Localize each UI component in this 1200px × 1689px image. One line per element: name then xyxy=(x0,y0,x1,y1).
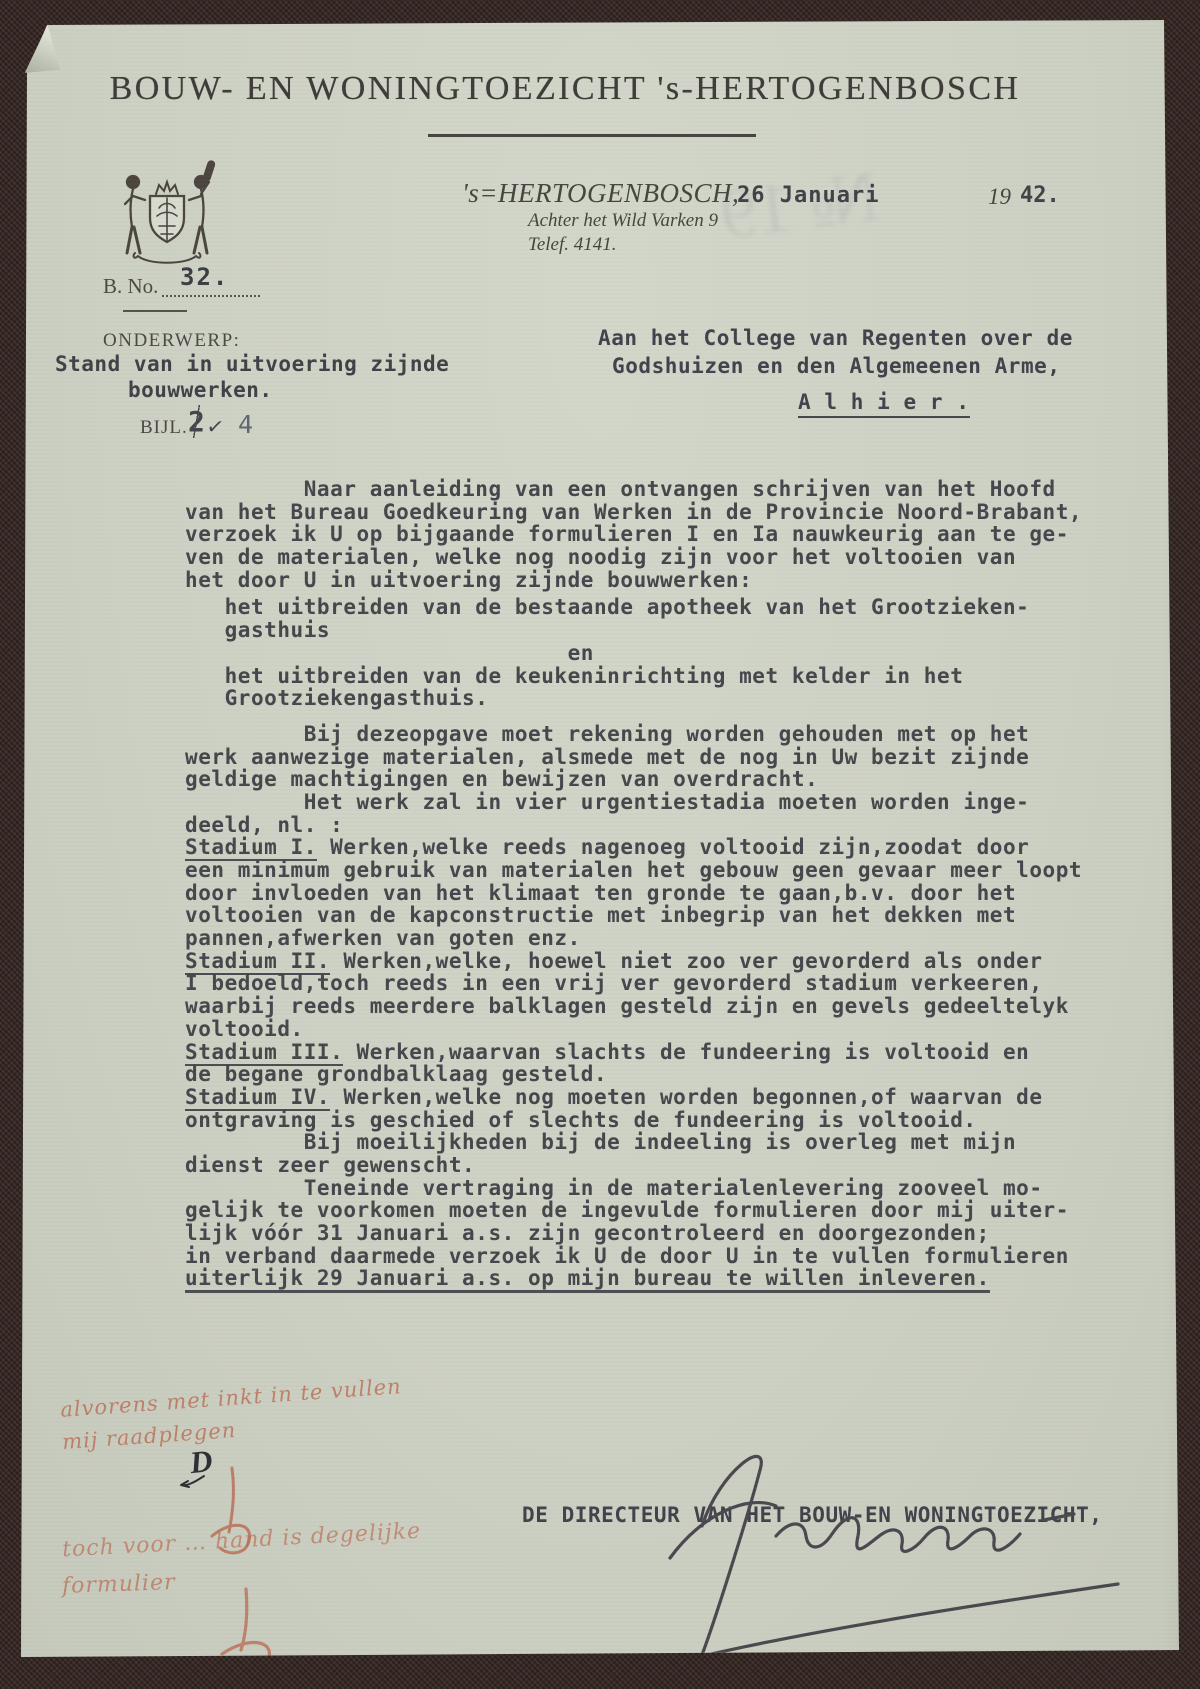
body-line: Stadium I. Werken,welke reeds nagenoeg v… xyxy=(185,836,1100,859)
body-line: pannen,afwerken van goten enz. xyxy=(185,927,1100,950)
body-line: Grootziekengasthuis. xyxy=(185,687,1100,710)
body-line: Bij moeilijkheden bij de indeeling is ov… xyxy=(185,1131,1100,1154)
dateline-year-printed: 19 xyxy=(988,184,1011,210)
letterhead-rule xyxy=(428,134,756,137)
body-line: Stadium III. Werken,waarvan slachts de f… xyxy=(185,1041,1100,1064)
body-line: gelijk te voorkomen moeten de ingevulde … xyxy=(185,1199,1100,1222)
recipient-city: A l h i e r . xyxy=(798,390,970,418)
body-line: dienst zeer gewenscht. xyxy=(185,1154,1100,1177)
signature-handwritten xyxy=(552,1408,1192,1683)
dateline-place: 's=HERTOGENBOSCH, xyxy=(462,178,739,209)
body-line: lijk vóór 31 Januari a.s. zijn gecontrol… xyxy=(185,1222,1100,1245)
paraph-mark xyxy=(208,1584,308,1689)
recipient-line2: Godshuizen en den Algemeenen Arme, xyxy=(612,354,1061,378)
red-annotation-line: formulier xyxy=(62,1570,176,1599)
dateline-date: 26 Januari xyxy=(737,183,879,208)
body-line: deeld, nl. : xyxy=(185,814,1100,837)
letterhead-title: BOUW- EN WONINGTOEZICHT 's-HERTOGENBOSCH xyxy=(60,70,1070,108)
body-line: verzoek ik U op bijgaande formulieren I … xyxy=(185,523,1100,546)
letterhead-phone: Telef. 4141. xyxy=(528,234,617,256)
paper-sheet: № 19 BOUW- EN WONINGTOEZICHT 's-HERTOGEN… xyxy=(0,0,1200,1689)
letterhead-address: Achter het Wild Varken 9 xyxy=(528,210,718,232)
recipient-line1: Aan het College van Regenten over de xyxy=(598,326,1073,350)
body-line: Teneinde vertraging in de materialenleve… xyxy=(185,1177,1100,1200)
coat-of-arms-icon xyxy=(112,156,222,272)
body-line: en xyxy=(185,642,1100,665)
subject-label: ONDERWERP: xyxy=(103,330,240,352)
body-line: geldige machtigingen en bewijzen van ove… xyxy=(185,768,1100,791)
body-line: voltooien van de kapconstructie met inbe… xyxy=(185,904,1100,927)
body-line: het uitbreiden van de bestaande apotheek… xyxy=(185,596,1100,619)
dateline-year-typed: 42. xyxy=(1020,183,1060,208)
body-line: werk aanwezige materialen, alsmede met d… xyxy=(185,746,1100,769)
body-line: Het werk zal in vier urgentiestadia moet… xyxy=(185,791,1100,814)
body-line: gasthuis xyxy=(185,619,1100,642)
reference-label: B. No. xyxy=(103,274,158,299)
body-line: van het Bureau Goedkeuring van Werken in… xyxy=(185,501,1100,524)
body-line: Stadium II. Werken,welke, hoewel niet zo… xyxy=(185,950,1100,973)
body-line: ven de materialen, welke nog noodig zijn… xyxy=(185,546,1100,569)
body-line: ontgraving is geschied of slechts de fun… xyxy=(185,1109,1100,1132)
body-line: een minimum gebruik van materialen het g… xyxy=(185,859,1100,882)
document-scan: № 19 BOUW- EN WONINGTOEZICHT 's-HERTOGEN… xyxy=(0,0,1200,1689)
enclosures-label: BIJL. xyxy=(140,417,188,439)
body-line: Stadium IV. Werken,welke nog moeten word… xyxy=(185,1086,1100,1109)
body-line: I bedoeld,toch reeds in een vrij ver gev… xyxy=(185,972,1100,995)
scan-background: { "colors": { "background_cloth": "#3c2d… xyxy=(0,0,1200,1689)
red-annotation-line: alvorens met inkt in te vullen xyxy=(60,1374,403,1422)
body-line: Bij dezeopgave moet rekening worden geho… xyxy=(185,723,1100,746)
subject-line2: bouwwerken. xyxy=(128,378,273,402)
subject-line1: Stand van in uitvoering zijnde xyxy=(55,352,449,376)
body-line: door invloeden van het klimaat ten grond… xyxy=(185,882,1100,905)
body-line: voltooid. xyxy=(185,1018,1100,1041)
body-line: het uitbreiden van de keukeninrichting m… xyxy=(185,665,1100,688)
reference-number: 32. xyxy=(180,263,229,291)
body-line: de begane grondbalklaag gesteld. xyxy=(185,1063,1100,1086)
checkmark-icon: ✓ xyxy=(206,411,224,441)
body-text: Naar aanleiding van een ontvangen schrij… xyxy=(185,478,1100,1290)
enclosures-struck-number: 2 xyxy=(188,405,205,438)
enclosures-number: 4 xyxy=(238,410,253,439)
body-line: het door U in uitvoering zijnde bouwwerk… xyxy=(185,569,1100,592)
body-line: uiterlijk 29 Januari a.s. op mijn bureau… xyxy=(185,1267,1100,1290)
body-line: Naar aanleiding van een ontvangen schrij… xyxy=(185,478,1100,501)
body-line: waarbij reeds meerdere balklagen gesteld… xyxy=(185,995,1100,1018)
body-line: in verband daarmede verzoek ik U de door… xyxy=(185,1245,1100,1268)
reference-rule xyxy=(123,310,187,312)
